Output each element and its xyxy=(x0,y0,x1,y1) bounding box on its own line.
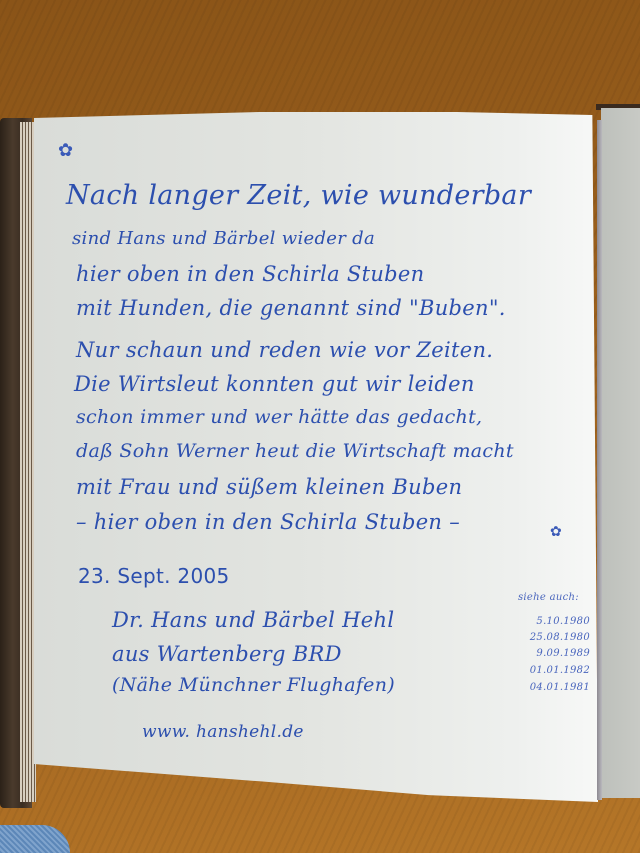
side-note-date: 9.09.1989 xyxy=(510,648,590,659)
right-page-edge xyxy=(601,108,640,798)
signature-line: (Nähe Münchner Flughafen) xyxy=(112,674,395,696)
poem-line: Nur schaun und reden wie vor Zeiten. xyxy=(76,338,493,362)
signature-line: Dr. Hans und Bärbel Hehl xyxy=(112,608,394,632)
poem-line: mit Frau und süßem kleinen Buben xyxy=(76,475,462,499)
poem-line: sind Hans und Bärbel wieder da xyxy=(72,228,375,249)
side-note-label: siehe auch: xyxy=(518,592,579,603)
poem-line: daß Sohn Werner heut die Wirtschaft mach… xyxy=(76,440,514,462)
poem-line: Die Wirtsleut konnten gut wir leiden xyxy=(74,372,475,396)
poem-line: Nach langer Zeit, wie wunderbar xyxy=(66,180,531,211)
side-note-date: 25.08.1980 xyxy=(510,632,590,643)
website-text: www. hanshehl.de xyxy=(142,722,304,742)
poem-line: mit Hunden, die genannt sind "Buben". xyxy=(76,296,506,320)
poem-line: schon immer und wer hätte das gedacht, xyxy=(76,406,482,428)
poem-line: – hier oben in den Schirla Stuben – xyxy=(76,510,460,534)
flower-doodle-icon: ✿ xyxy=(550,524,562,540)
book-gutter xyxy=(597,120,602,800)
signature-line: aus Wartenberg BRD xyxy=(112,642,342,666)
denim-fabric xyxy=(0,825,70,853)
page-stack xyxy=(20,122,36,802)
flower-doodle-icon: ✿ xyxy=(58,140,73,161)
poem-line: hier oben in den Schirla Stuben xyxy=(76,262,424,286)
side-note-date: 01.01.1982 xyxy=(510,665,590,676)
entry-date: 23. Sept. 2005 xyxy=(78,564,230,588)
side-note-date: 5.10.1980 xyxy=(510,616,590,627)
side-note-date: 04.01.1981 xyxy=(510,682,590,693)
